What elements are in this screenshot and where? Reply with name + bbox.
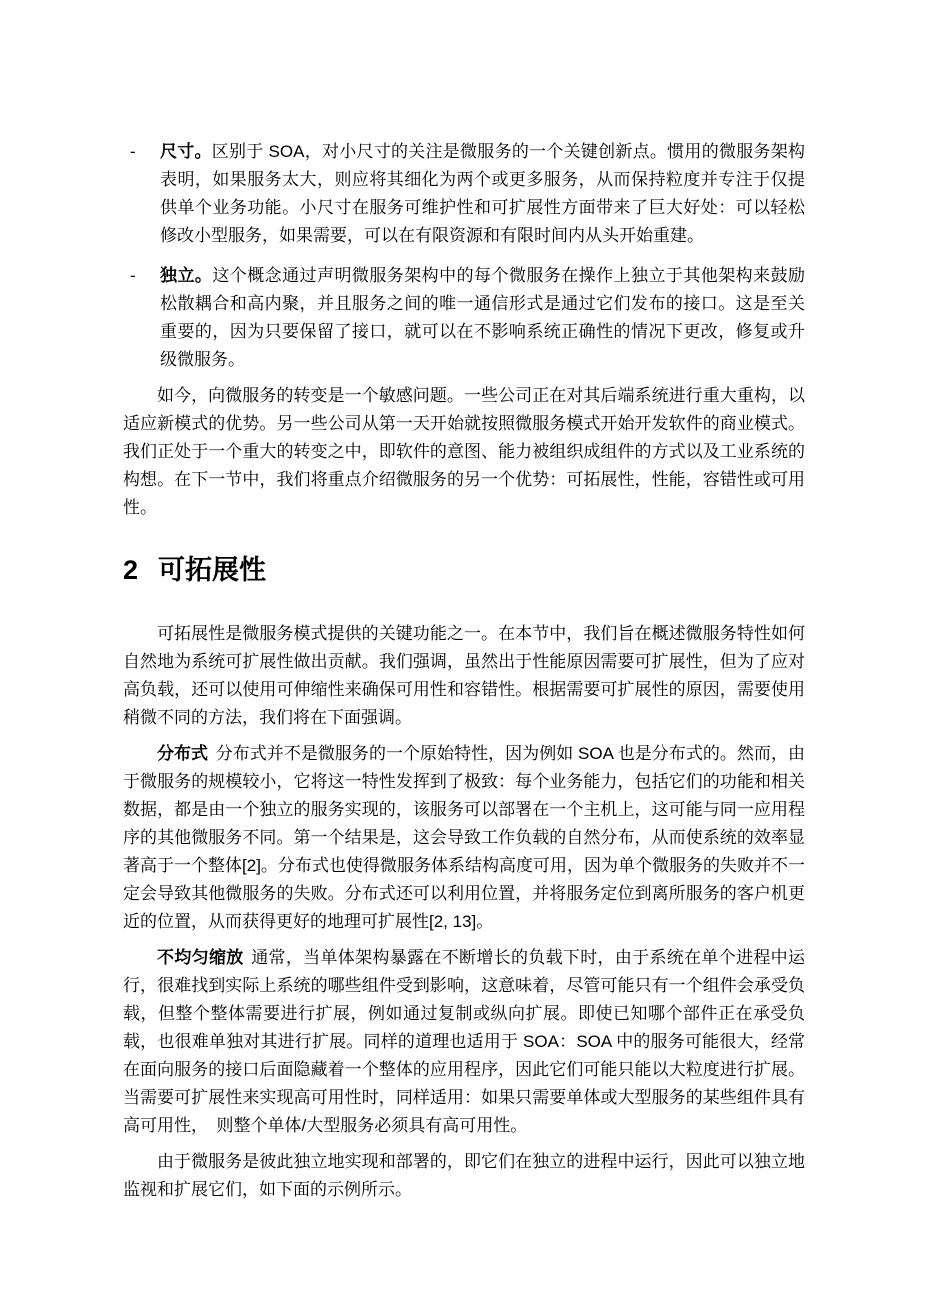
term-distribution: 分布式 <box>157 744 208 763</box>
section-heading: 2可拓展性 <box>123 552 805 588</box>
paragraph-independent-monitoring: 由于微服务是彼此独立地实现和部署的，即它们在独立的进程中运行，因此可以独立地监视… <box>123 1148 805 1204</box>
paragraph-distribution: 分布式分布式并不是微服务的一个原始特性，因为例如 SOA 也是分布式的。然而，由… <box>123 740 805 936</box>
bullet-text-size: 区别于 SOA，对小尺寸的关注是微服务的一个关键创新点。惯用的微服务架构表明，如… <box>160 142 805 245</box>
term-uneven-scaling: 不均匀缩放 <box>157 948 244 967</box>
section-number: 2 <box>123 552 138 588</box>
bullet-term-independence: 独立。 <box>160 266 212 285</box>
paragraph-scalability-intro: 可拓展性是微服务模式提供的关键功能之一。在本节中，我们旨在概述微服务特性如何自然… <box>123 620 805 732</box>
bullet-dash-marker: - <box>130 262 136 290</box>
bullet-item-independence: - 独立。这个概念通过声明微服务架构中的每个微服务在操作上独立于其他架构来鼓励松… <box>123 262 805 374</box>
bullet-item-size: - 尺寸。区别于 SOA，对小尺寸的关注是微服务的一个关键创新点。惯用的微服务架… <box>123 138 805 250</box>
section-title: 可拓展性 <box>158 555 266 585</box>
bullet-term-size: 尺寸。 <box>160 142 212 161</box>
text-distribution: 分布式并不是微服务的一个原始特性，因为例如 SOA 也是分布式的。然而，由于微服… <box>123 744 805 931</box>
bullet-dash-marker: - <box>130 138 136 166</box>
paragraph-transition: 如今，向微服务的转变是一个敏感问题。一些公司正在对其后端系统进行重大重构，以适应… <box>123 382 805 522</box>
document-content: - 尺寸。区别于 SOA，对小尺寸的关注是微服务的一个关键创新点。惯用的微服务架… <box>123 138 805 1204</box>
paragraph-uneven-scaling: 不均匀缩放通常，当单体架构暴露在不断增长的负载下时，由于系统在单个进程中运行，很… <box>123 944 805 1140</box>
document-page: - 尺寸。区别于 SOA，对小尺寸的关注是微服务的一个关键创新点。惯用的微服务架… <box>0 0 925 1309</box>
bullet-text-independence: 这个概念通过声明微服务架构中的每个微服务在操作上独立于其他架构来鼓励松散耦合和高… <box>160 266 805 369</box>
text-uneven-scaling: 通常，当单体架构暴露在不断增长的负载下时，由于系统在单个进程中运行，很难找到实际… <box>123 948 805 1135</box>
feature-bullet-list: - 尺寸。区别于 SOA，对小尺寸的关注是微服务的一个关键创新点。惯用的微服务架… <box>123 138 805 374</box>
